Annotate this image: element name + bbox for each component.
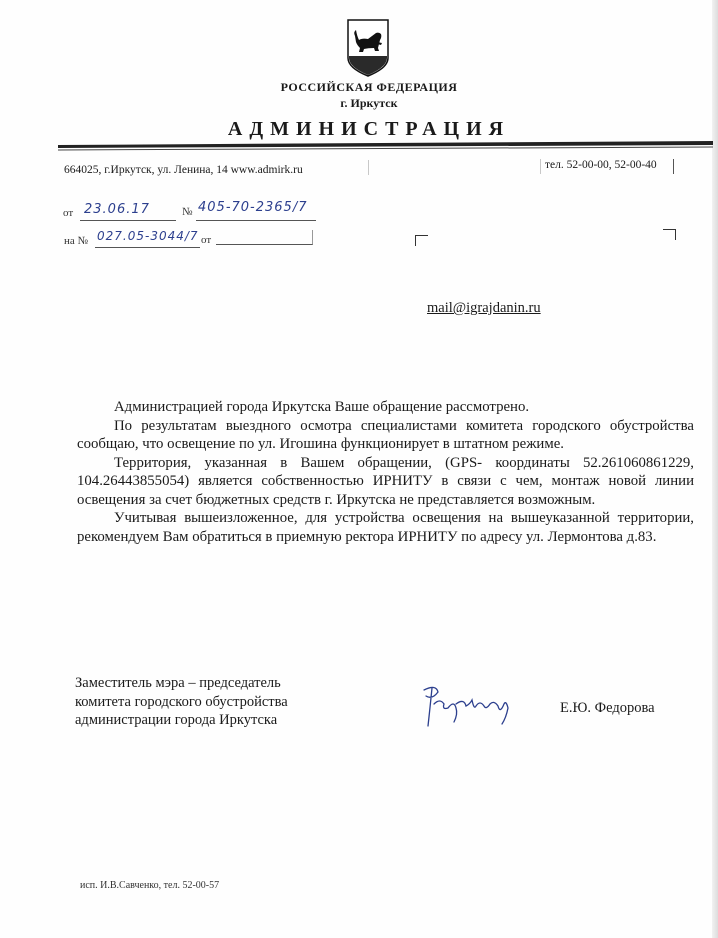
executor-line: исп. И.В.Савченко, тел. 52-00-57: [80, 880, 219, 891]
signer-position-line: администрации города Иркутска: [75, 711, 288, 730]
reply-label: на №: [64, 235, 88, 247]
from-label: от: [63, 207, 73, 219]
letter-body: Администрацией города Иркутска Ваше обра…: [77, 398, 694, 546]
address-block-corner-top-right: [663, 229, 676, 240]
reply-from-label: от: [201, 234, 211, 246]
body-paragraph: Администрацией города Иркутска Ваше обра…: [77, 398, 694, 417]
reply-number-value: 027.05-3044/7: [97, 229, 199, 243]
irkutsk-coat-of-arms-icon: [346, 18, 390, 78]
signer-position-line: комитета городского обустройства: [75, 693, 288, 712]
number-value: 405-70-2365/7: [198, 200, 307, 215]
letter-page: РОССИЙСКАЯ ФЕДЕРАЦИЯ г. Иркутск АДМИНИСТ…: [0, 0, 718, 938]
from-date-line: [80, 220, 176, 221]
body-paragraph: Учитывая вышеизложенное, для устройства …: [77, 509, 694, 546]
divider: [368, 160, 369, 175]
body-paragraph: Территория, указанная в Вашем обращении,…: [77, 454, 694, 510]
handwritten-signature-icon: [418, 682, 518, 732]
recipient-email: mail@igrajdanin.ru: [427, 300, 541, 317]
number-label: №: [182, 206, 193, 218]
phone-line: тел. 52-00-00, 52-00-40: [545, 159, 657, 171]
body-paragraph: По результатам выездного осмотра специал…: [77, 417, 694, 454]
reply-number-line: [95, 247, 200, 248]
city-heading: г. Иркутск: [0, 96, 718, 111]
header-rule: [58, 141, 713, 151]
federation-heading: РОССИЙСКАЯ ФЕДЕРАЦИЯ: [0, 80, 718, 95]
number-line: [196, 220, 316, 221]
divider: [540, 159, 541, 174]
divider: [673, 159, 674, 174]
address-block-corner-top-left: [415, 235, 428, 246]
address-line: 664025, г.Иркутск, ул. Ленина, 14 www.ad…: [64, 164, 303, 176]
reply-from-field: [216, 230, 313, 245]
signer-position: Заместитель мэра – председатель комитета…: [75, 674, 288, 730]
signer-name: Е.Ю. Федорова: [560, 700, 655, 717]
signer-position-line: Заместитель мэра – председатель: [75, 674, 288, 693]
from-date-value: 23.06.17: [84, 202, 150, 217]
administration-title: АДМИНИСТРАЦИЯ: [0, 118, 718, 141]
